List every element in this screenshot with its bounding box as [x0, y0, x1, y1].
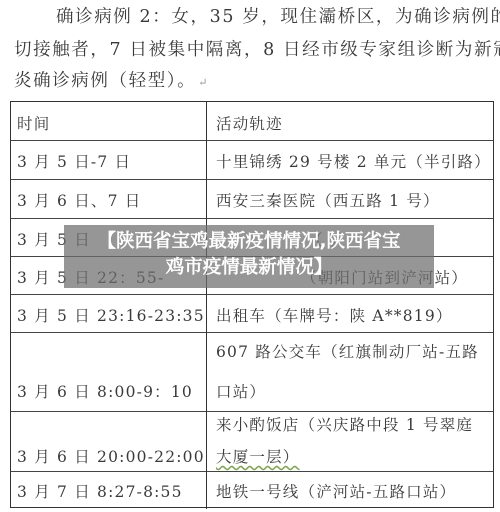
- table-row: 3 月 6 日 8:00-9：10 607 路公交车（红旗制动厂站-五路 口站）: [11, 332, 493, 412]
- paragraph-line-1: 确诊病例 2：女，35 岁，现住灞桥区，为确诊病例的密: [56, 7, 500, 27]
- cell-track: 出租车（车牌号：陕 A**819）: [216, 304, 453, 326]
- news-title-overlay: 【陕西省宝鸡最新疫情情况,陕西省宝 鸡市疫情最新情况】: [64, 225, 434, 288]
- paragraph-line-2: 切接触者，7 日被集中隔离，8 日经市级专家组诊断为新冠肺: [14, 33, 500, 67]
- cell-time: 3 月 5 日 23:16-23:35: [17, 304, 205, 326]
- table-header-row: 时间 活动轨迹: [11, 102, 493, 141]
- table-row: 3 月 5 日-7 日 十里锦绣 29 号楼 2 单元（半引路）: [11, 140, 493, 180]
- cell-time: 3 月 6 日 8:00-9：10: [17, 380, 193, 402]
- activity-track-table: 时间 活动轨迹 3 月 5 日-7 日 十里锦绣 29 号楼 2 单元（半引路）…: [10, 101, 494, 508]
- cell-track-line-2: 大厦一层）: [216, 445, 300, 467]
- header-track: 活动轨迹: [216, 112, 283, 134]
- cell-track: 十里锦绣 29 号楼 2 单元（半引路）: [216, 150, 491, 172]
- cell-time: 3 月 6 日、7 日: [17, 189, 142, 211]
- cell-track-line-1: 607 路公交车（红旗制动厂站-五路: [216, 340, 479, 362]
- table-row: 3 月 5 日 23:16-23:35 出租车（车牌号：陕 A**819）: [11, 294, 493, 333]
- overlay-title-line-2: 鸡市疫情最新情况】: [64, 255, 434, 281]
- cell-track: 地铁一号线（浐河站-五路口站）: [216, 480, 456, 502]
- paragraph-line-3: 炎确诊病例（轻型）。: [14, 71, 196, 91]
- table-row: 3 月 6 日 20:00-22:00 来小酌饭店（兴庆路中段 1 号翠庭 大厦…: [11, 411, 493, 472]
- paragraph-mark-icon: ↵: [198, 76, 207, 89]
- header-time: 时间: [17, 112, 50, 134]
- cell-track: 西安三秦医院（西五路 1 号）: [216, 189, 440, 211]
- overlay-title-line-1: 【陕西省宝鸡最新疫情情况,陕西省宝: [64, 229, 434, 255]
- cell-time: 3 月 6 日 20:00-22:00: [17, 445, 205, 467]
- cell-time: 3 月 5 日-7 日: [17, 150, 131, 172]
- cell-track-line-1: 来小酌饭店（兴庆路中段 1 号翠庭: [216, 413, 473, 435]
- table-row: 3 月 6 日、7 日 西安三秦医院（西五路 1 号）: [11, 179, 493, 219]
- table-row: 3 月 7 日 8:27-8:55 地铁一号线（浐河站-五路口站）: [11, 471, 493, 509]
- cell-track-line-2: 口站）: [216, 380, 266, 402]
- cell-time: 3 月 7 日 8:27-8:55: [17, 480, 183, 502]
